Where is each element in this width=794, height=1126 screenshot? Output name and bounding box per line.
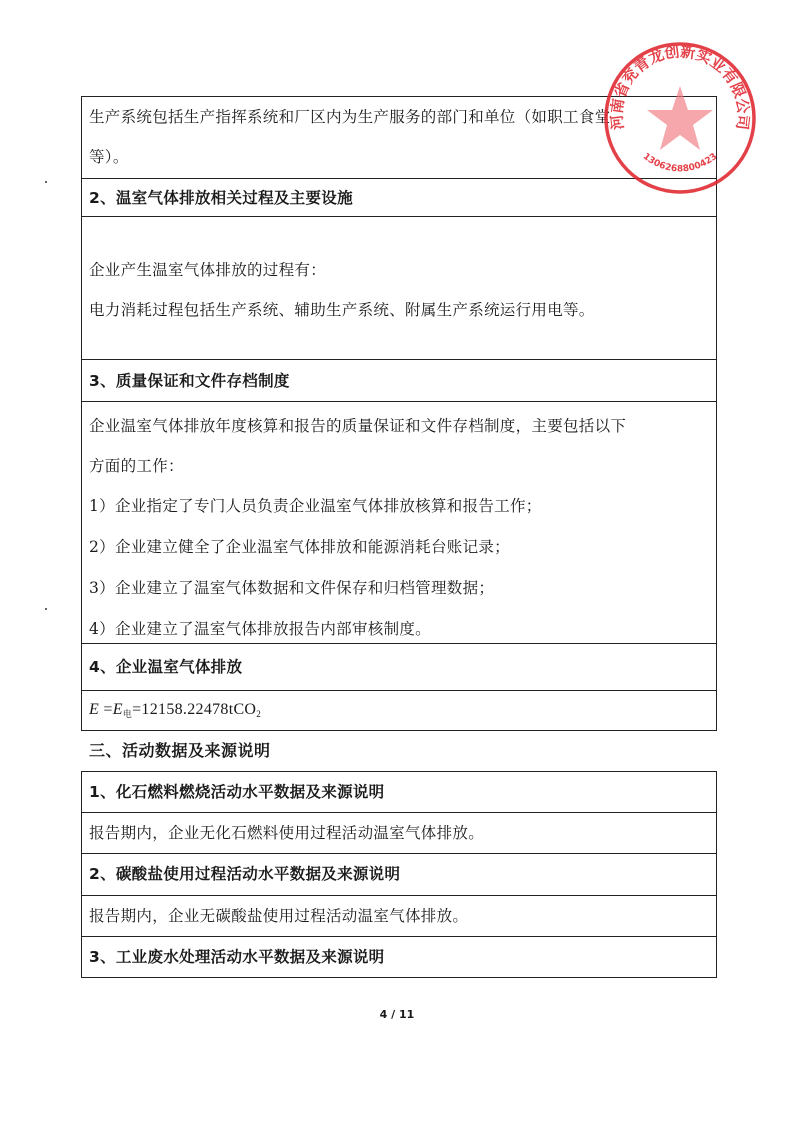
section-title-activity-data: 三、活动数据及来源说明	[89, 738, 271, 761]
formula-value-subscript: 2	[256, 709, 261, 719]
scan-speck	[45, 181, 47, 183]
paragraph-line: 电力消耗过程包括生产系统、辅助生产系统、附属生产系统运行用电等。	[89, 300, 710, 320]
table-row-heading: 3、质量保证和文件存档制度	[82, 360, 716, 402]
star-icon	[647, 86, 713, 150]
section-heading: 3、工业废水处理活动水平数据及来源说明	[89, 947, 710, 967]
table-row-emission-processes: 企业产生温室气体排放的过程有： 电力消耗过程包括生产系统、辅助生产系统、附属生产…	[82, 217, 716, 360]
paragraph-line: 报告期内，企业无化石燃料使用过程活动温室气体排放。	[89, 823, 710, 843]
list-item: 4）企业建立了温室气体排放报告内部审核制度。	[89, 619, 710, 639]
table-row-heading: 2、碳酸盐使用过程活动水平数据及来源说明	[82, 854, 716, 896]
list-item: 3）企业建立了温室气体数据和文件保存和归档管理数据；	[89, 578, 710, 598]
list-item: 2）企业建立健全了企业温室气体排放和能源消耗台账记录；	[89, 537, 710, 557]
table-row-heading: 1、化石燃料燃烧活动水平数据及来源说明	[82, 772, 716, 813]
table-row-heading: 3、工业废水处理活动水平数据及来源说明	[82, 937, 716, 977]
formula-equals: =	[99, 701, 113, 718]
document-page: 生产系统包括生产指挥系统和厂区内为生产服务的部门和单位（如职工食堂 等）。 2、…	[0, 0, 794, 1126]
formula-subscript: 电	[123, 709, 132, 719]
paragraph-line: 方面的工作：	[89, 456, 710, 476]
table-row-text: 报告期内，企业无化石燃料使用过程活动温室气体排放。	[82, 813, 716, 854]
paragraph-line: 报告期内，企业无碳酸盐使用过程活动温室气体排放。	[89, 906, 710, 926]
table-row-text: 报告期内，企业无碳酸盐使用过程活动温室气体排放。	[82, 896, 716, 937]
paragraph-line: 企业温室气体排放年度核算和报告的质量保证和文件存档制度，主要包括以下	[89, 416, 710, 436]
section-heading: 4、企业温室气体排放	[89, 657, 710, 677]
list-item: 1）企业指定了专门人员负责企业温室气体排放核算和报告工作；	[89, 496, 710, 516]
table-row-quality-assurance: 企业温室气体排放年度核算和报告的质量保证和文件存档制度，主要包括以下 方面的工作…	[82, 402, 716, 644]
formula-var-e-electricity: E	[113, 701, 123, 718]
section-heading: 3、质量保证和文件存档制度	[89, 371, 710, 391]
section-heading: 1、化石燃料燃烧活动水平数据及来源说明	[89, 782, 710, 802]
emission-formula: E =E电=12158.22478tCO2	[89, 700, 710, 724]
table-row-heading: 4、企业温室气体排放	[82, 644, 716, 691]
scan-speck	[45, 608, 47, 610]
formula-value: =12158.22478tCO	[132, 701, 256, 718]
section-heading: 2、碳酸盐使用过程活动水平数据及来源说明	[89, 864, 710, 884]
svg-text:1306268800423: 1306268800423	[641, 152, 720, 175]
formula-var-e: E	[89, 701, 99, 718]
table-row-formula: E =E电=12158.22478tCO2	[82, 691, 716, 730]
activity-data-table: 1、化石燃料燃烧活动水平数据及来源说明 报告期内，企业无化石燃料使用过程活动温室…	[81, 771, 717, 978]
company-seal-stamp: 河南省兖青龙创新实业有限公司 1306268800423	[600, 38, 760, 198]
paragraph-line: 企业产生温室气体排放的过程有：	[89, 260, 710, 280]
page-number: 4 / 11	[0, 1008, 794, 1021]
